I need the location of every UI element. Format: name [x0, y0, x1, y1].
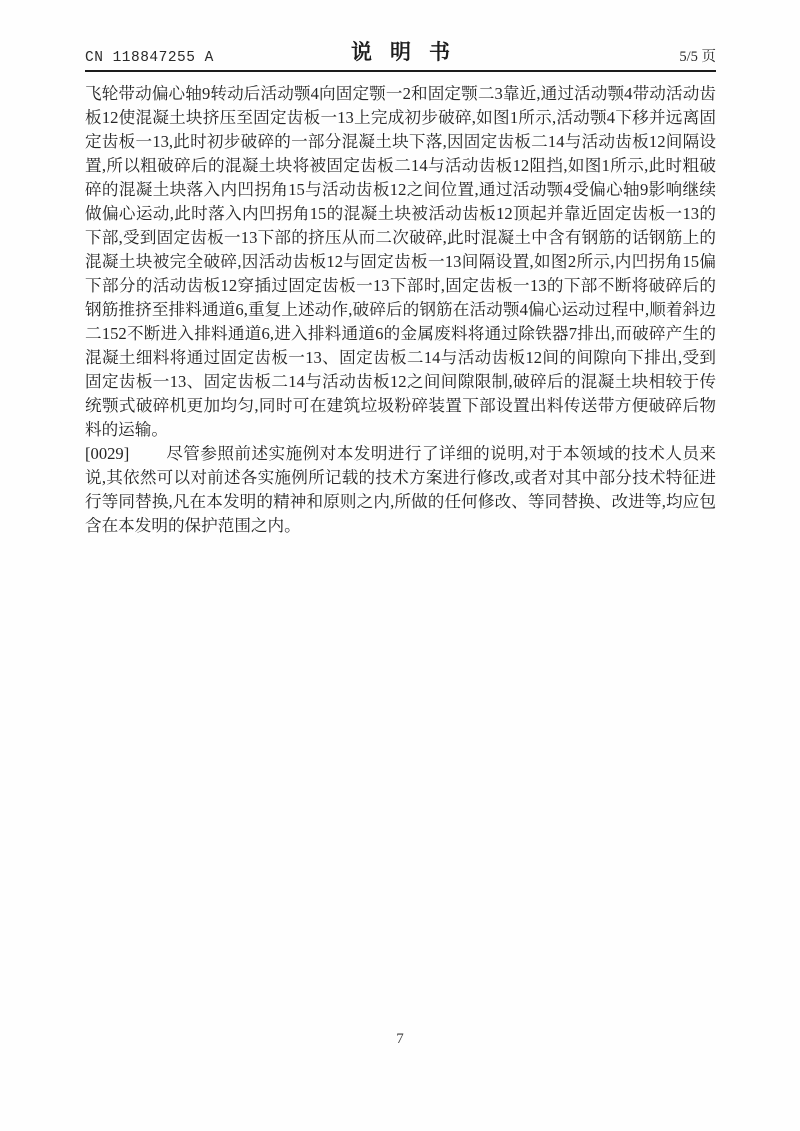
description-paragraph-continuation: 飞轮带动偏心轴9转动后活动颚4向固定颚一2和固定颚二3靠近,通过活动颚4带动活动… — [85, 82, 716, 442]
description-paragraph-0029: [0029]尽管参照前述实施例对本发明进行了详细的说明,对于本领域的技术人员来说… — [85, 442, 716, 538]
paragraph-text: 尽管参照前述实施例对本发明进行了详细的说明,对于本领域的技术人员来说,其依然可以… — [85, 444, 716, 535]
paragraph-text: 飞轮带动偏心轴9转动后活动颚4向固定颚一2和固定颚二3靠近,通过活动颚4带动活动… — [85, 84, 716, 439]
page-header: CN 118847255 A 说明书 5/5 页 — [85, 46, 716, 72]
document-title: 说明书 — [85, 36, 716, 66]
footer-page-number: 7 — [0, 1031, 800, 1048]
patent-specification-page: CN 118847255 A 说明书 5/5 页 飞轮带动偏心轴9转动后活动颚4… — [0, 0, 800, 1131]
paragraph-number-label: [0029] — [85, 442, 129, 466]
specification-body: 飞轮带动偏心轴9转动后活动颚4向固定颚一2和固定颚二3靠近,通过活动颚4带动活动… — [85, 82, 716, 538]
